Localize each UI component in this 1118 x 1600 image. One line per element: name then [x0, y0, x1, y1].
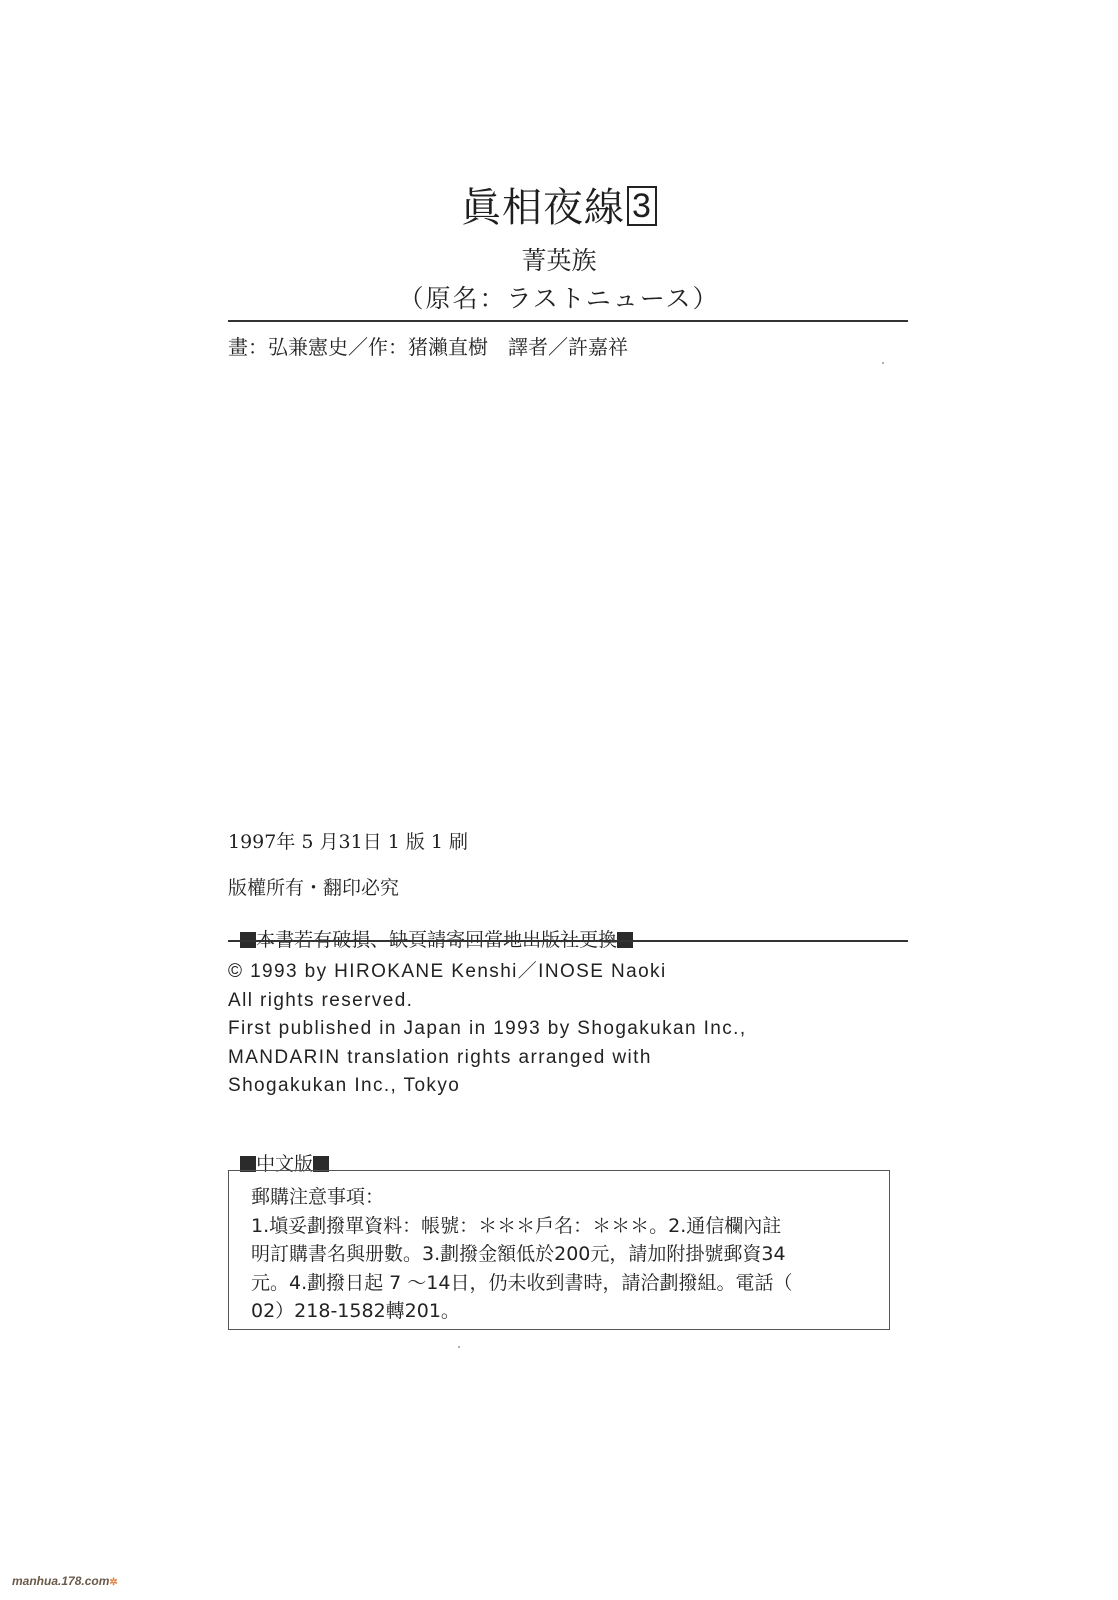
credits-line: 畫：弘兼憲史／作：猪瀨直樹 譯者／許嘉祥 [228, 334, 628, 360]
original-title: （原名：ラストニュース） [0, 284, 1118, 314]
edition-label: 中文版 [228, 1128, 329, 1176]
english-copyright-block: © 1993 by HIROKANE Kenshi／INOSE Naoki Al… [228, 958, 747, 1101]
mail-order-line: 元。4.劃撥日起 7 ～14日，仍未收到書時，請洽劃撥組。電話（ [251, 1269, 881, 1298]
copyright-line: © 1993 by HIROKANE Kenshi／INOSE Naoki [228, 958, 747, 987]
mail-order-line: 1.塡妥劃撥單資料：帳號：＊＊＊戶名：＊＊＊。2.通信欄內註 [251, 1212, 881, 1241]
rights-reserved-line: All rights reserved. [228, 987, 747, 1016]
mail-order-notice-box: 郵購注意事項： 1.塡妥劃撥單資料：帳號：＊＊＊戶名：＊＊＊。2.通信欄內註 明… [228, 1170, 890, 1330]
divider-top [228, 320, 908, 322]
scan-speck [458, 1346, 460, 1348]
volume-number-box: 3 [627, 186, 657, 226]
watermark-text: manhua.178.com [12, 1574, 109, 1588]
book-subtitle: 菁英族 [0, 246, 1118, 276]
site-watermark: manhua.178.com✲ [12, 1574, 118, 1588]
star-icon: ✲ [109, 1577, 117, 1588]
mail-order-line: 02）218-1582轉201。 [251, 1297, 881, 1326]
first-published-line: First published in Japan in 1993 by Shog… [228, 1015, 747, 1044]
rights-statement: 版權所有・翻印必究 [228, 876, 399, 900]
book-title-text: 眞相夜線 [461, 185, 625, 231]
scan-speck [882, 362, 884, 364]
mail-order-line: 明訂購書名與册數。3.劃撥金額低於200元，請加附掛號郵資34 [251, 1240, 881, 1269]
publisher-location-line: Shogakukan Inc., Tokyo [228, 1072, 747, 1101]
translation-rights-line: MANDARIN translation rights arranged wit… [228, 1044, 747, 1073]
publication-date: 1997年 5 月31日 1 版 1 刷 [228, 830, 468, 854]
mail-order-heading: 郵購注意事項： [251, 1183, 881, 1212]
divider-middle [228, 940, 908, 942]
damage-notice: 本書若有破損、缺頁請寄回當地出版社更換 [228, 904, 633, 952]
book-title: 眞相夜線3 [0, 184, 1118, 232]
